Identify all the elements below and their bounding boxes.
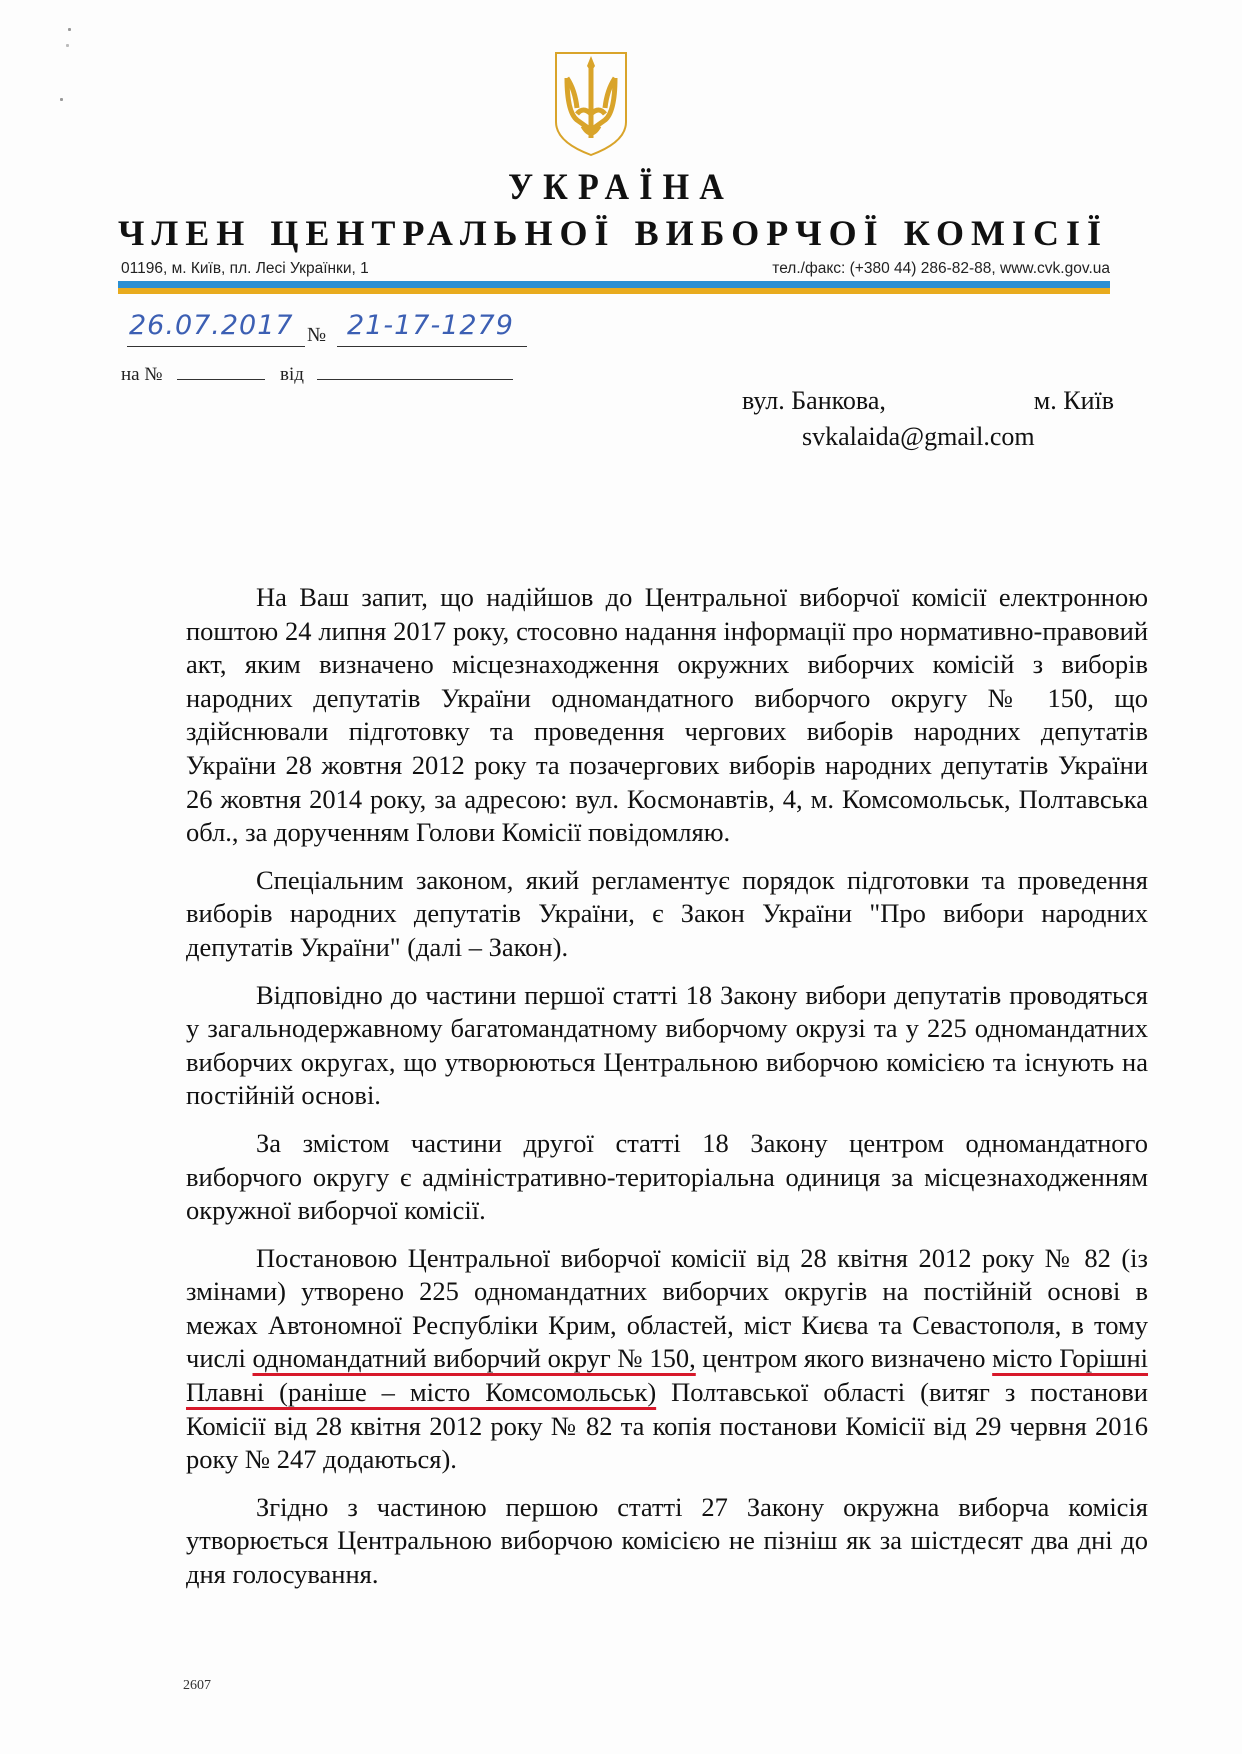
recipient-street: вул. Банкова, <box>742 383 886 419</box>
outgoing-number: 21-17-1279 <box>337 310 514 341</box>
incoming-number-label: на № <box>121 364 162 385</box>
incoming-from-label: від <box>280 364 304 385</box>
paragraph-article-18-part-2: За змістом частини другої статті 18 Зако… <box>186 1127 1148 1228</box>
paragraph-request: На Ваш запит, що надійшов до Центральної… <box>186 581 1148 850</box>
outgoing-date-field: 26.07.2017 <box>127 310 305 347</box>
sender-address: 01196, м. Київ, пл. Лесі Українки, 1 <box>121 260 369 278</box>
flag-stripe-yellow <box>118 288 1110 294</box>
paragraph-article-27: Згідно з частиною першою статті 27 Закон… <box>186 1491 1148 1592</box>
incoming-number-blank <box>177 365 265 380</box>
outgoing-number-field: 21-17-1279 <box>337 310 527 347</box>
sender-contacts: тел./факс: (+380 44) 286-82-88, www.cvk.… <box>772 260 1110 278</box>
scan-speck <box>66 44 69 47</box>
letter-page: УКРАЇНА ЧЛЕН ЦЕНТРАЛЬНОЇ ВИБОРЧОЇ КОМІСІ… <box>0 0 1242 1754</box>
paragraph-resolution-82: Постановою Центральної виборчої комісії … <box>186 1242 1148 1477</box>
trident-coat-of-arms-icon <box>553 50 629 158</box>
outgoing-number-label: № <box>307 324 326 347</box>
letter-body: На Ваш запит, що надійшов до Центральної… <box>186 581 1148 1606</box>
flag-stripe-blue <box>118 281 1110 288</box>
country-name: УКРАЇНА <box>50 166 1193 209</box>
recipient-city: м. Київ <box>1034 383 1114 419</box>
scan-speck <box>68 28 71 31</box>
organization-name: ЧЛЕН ЦЕНТРАЛЬНОЇ ВИБОРЧОЇ КОМІСІЇ <box>118 212 1108 254</box>
resolution-text-b: центром якого визначено <box>696 1343 992 1373</box>
highlight-district-150: одномандатний виборчий округ № 150, <box>253 1343 696 1373</box>
footer-code: 2607 <box>183 1678 211 1694</box>
scan-speck <box>60 98 63 101</box>
recipient-email: svkalaida@gmail.com <box>742 419 1122 455</box>
incoming-date-blank <box>317 365 513 380</box>
paragraph-article-18-part-1: Відповідно до частини першої статті 18 З… <box>186 979 1148 1113</box>
outgoing-date: 26.07.2017 <box>127 310 294 341</box>
paragraph-special-law: Спеціальним законом, який регламентує по… <box>186 864 1148 965</box>
incoming-reference: на № від <box>121 364 513 386</box>
recipient-block: вул. Банкова, м. Київ svkalaida@gmail.co… <box>742 383 1122 455</box>
